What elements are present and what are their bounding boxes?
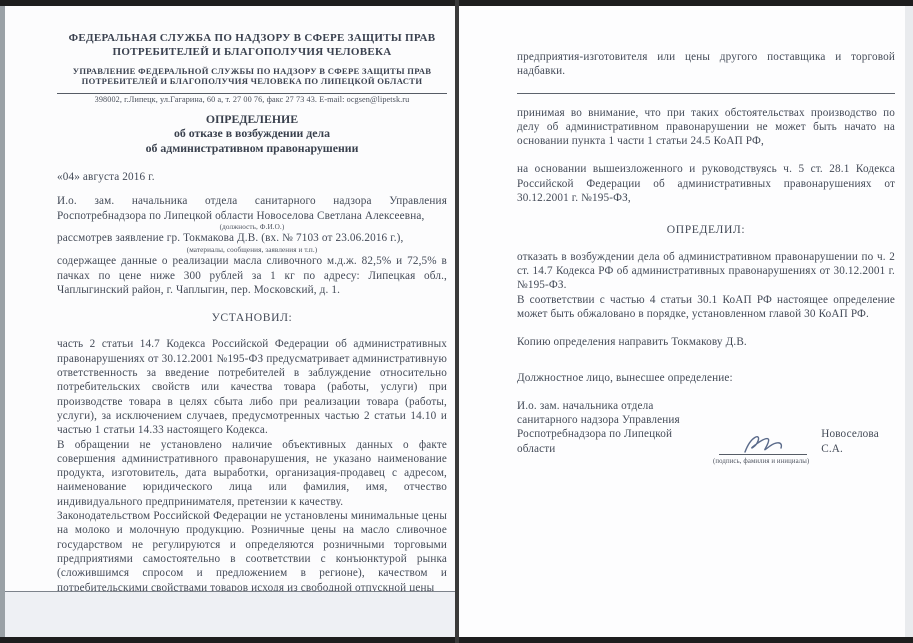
official-caption: (должность, Ф.И.О.) (57, 223, 447, 232)
decision-paragraph-2: В соответствии с частью 4 статьи 30.1 Ко… (517, 293, 895, 322)
address-line: 398002, г.Липецк, ул.Гагарина, 60 а, т. … (57, 95, 447, 105)
body-paragraph-2: В обращении не установлено наличие объек… (57, 438, 447, 509)
complaint-paragraph: содержащее данные о реализации масла сли… (57, 254, 447, 297)
section-divider-line (517, 93, 895, 94)
page-right: предприятия-изготовителя или цены другог… (459, 6, 905, 637)
reviewed-line: рассмотрев заявление гр. Токмакова Д.В. … (57, 231, 447, 245)
scan-edge-left (0, 0, 5, 643)
official-paragraph: И.о. зам. начальника отдела санитарного … (57, 194, 447, 223)
header-divider-line (57, 93, 447, 94)
page-left-bottom-margin (5, 591, 455, 638)
signoff-line-2: санитарного надзора Управления (517, 413, 895, 427)
taking-into-account-paragraph: принимая во внимание, что при таких обст… (517, 106, 895, 149)
handwritten-signature (737, 432, 789, 458)
page-divider (455, 0, 459, 643)
page-left: ФЕДЕРАЛЬНАЯ СЛУЖБА ПО НАДЗОРУ В СФЕРЕ ЗА… (5, 6, 455, 591)
body-paragraph-1: часть 2 статьи 14.7 Кодекса Российской Ф… (57, 337, 447, 437)
doc-title-line-2: об отказе в возбуждении дела (57, 126, 447, 141)
scanned-document: ФЕДЕРАЛЬНАЯ СЛУЖБА ПО НАДЗОРУ В СФЕРЕ ЗА… (0, 0, 913, 643)
agency-header: ФЕДЕРАЛЬНАЯ СЛУЖБА ПО НАДЗОРУ В СФЕРЕ ЗА… (57, 32, 447, 59)
signature-line (719, 432, 807, 455)
signoff-line-1: И.о. зам. начальника отдела (517, 399, 895, 413)
copy-line: Копию определения направить Токмакову Д.… (517, 335, 895, 349)
signoff-line-3: Роспотребнадзора по Липецкой области (517, 427, 693, 456)
opredelil-heading: ОПРЕДЕЛИЛ: (517, 223, 895, 237)
signoff-block: И.о. зам. начальника отдела санитарного … (517, 399, 895, 465)
materials-caption: (материалы, сообщения, заявления и т.п.) (57, 246, 447, 255)
continuation-paragraph: предприятия-изготовителя или цены другог… (517, 50, 895, 79)
body-paragraph-3: Законодательством Российской Федерации н… (57, 509, 447, 591)
date-line: «04» августа 2016 г. (57, 170, 447, 184)
basis-paragraph: на основании вышеизложенного и руководст… (517, 162, 895, 205)
doc-title-line-1: ОПРЕДЕЛЕНИЕ (57, 112, 447, 127)
official-intro-line: Должностное лицо, вынесшее определение: (517, 371, 895, 385)
ustanovil-heading: УСТАНОВИЛ: (57, 311, 447, 325)
scan-edge-right (905, 0, 913, 643)
signature-caption: (подпись, фамилия и инициалы) (713, 458, 895, 465)
signer-name: Новоселова С.А. (821, 427, 895, 456)
decision-paragraph-1: отказать в возбуждении дела об администр… (517, 250, 895, 293)
doc-title-line-3: об административном правонарушении (57, 141, 447, 156)
agency-subheader: УПРАВЛЕНИЕ ФЕДЕРАЛЬНОЙ СЛУЖБЫ ПО НАДЗОРУ… (57, 67, 447, 87)
